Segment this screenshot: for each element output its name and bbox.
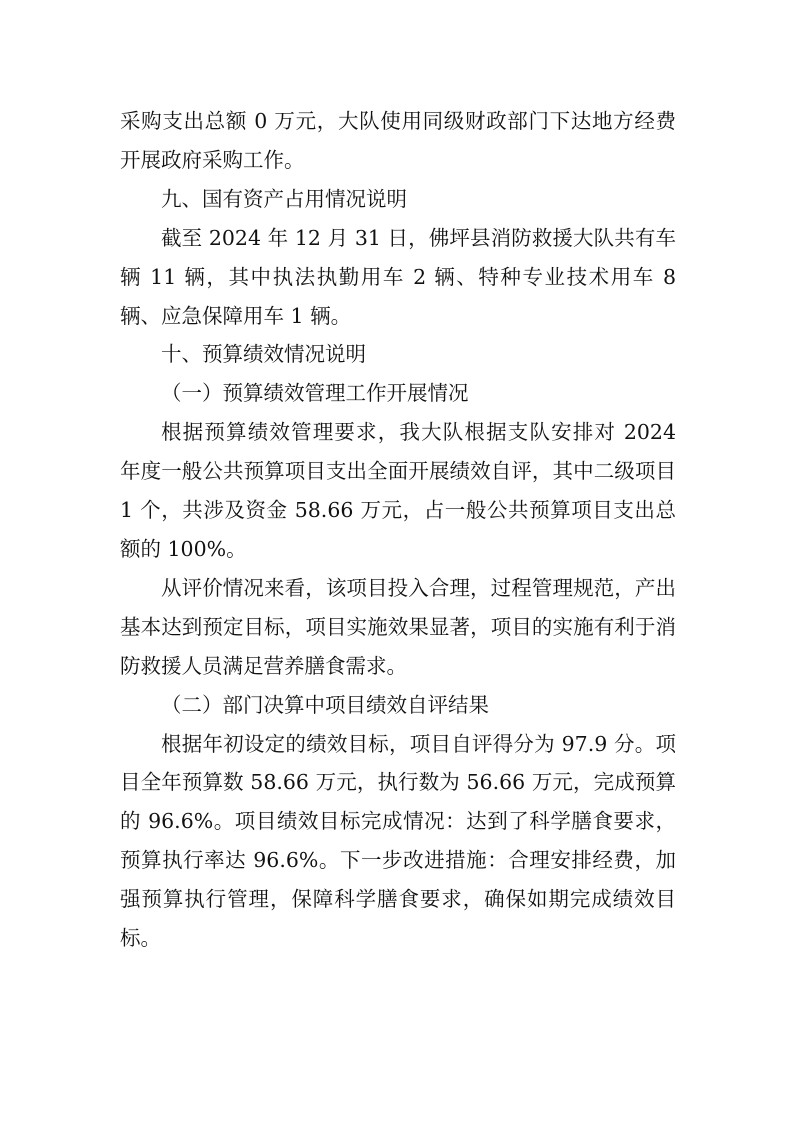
subheading-performance-management: （一）预算绩效管理工作开展情况 — [120, 374, 676, 413]
paragraph-self-evaluation: 根据预算绩效管理要求，我大队根据支队安排对 2024 年度一般公共预算项目支出全… — [120, 413, 676, 569]
paragraph-vehicles: 截至 2024 年 12 月 31 日，佛坪县消防救援大队共有车辆 11 辆，其… — [120, 219, 676, 336]
paragraph-procurement-continued: 采购支出总额 0 万元，大队使用同级财政部门下达地方经费开展政府采购工作。 — [120, 102, 676, 180]
paragraph-evaluation-summary: 从评价情况来看，该项目投入合理，过程管理规范，产出基本达到预定目标，项目实施效果… — [120, 569, 676, 686]
subheading-self-evaluation-results: （二）部门决算中项目绩效自评结果 — [120, 686, 676, 725]
document-page: 采购支出总额 0 万元，大队使用同级财政部门下达地方经费开展政府采购工作。 九、… — [120, 102, 676, 958]
heading-section-9: 九、国有资产占用情况说明 — [120, 180, 676, 219]
paragraph-results: 根据年初设定的绩效目标，项目自评得分为 97.9 分。项目全年预算数 58.66… — [120, 725, 676, 958]
heading-section-10: 十、预算绩效情况说明 — [120, 335, 676, 374]
